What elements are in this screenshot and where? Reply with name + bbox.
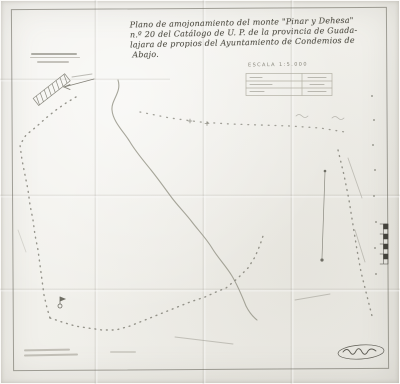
boundary-chain-top xyxy=(140,112,345,132)
map-linework xyxy=(0,0,400,384)
illegible-map-annotations xyxy=(18,158,365,344)
boundary-chain-bottom xyxy=(50,233,264,330)
marker-dots-right-margin xyxy=(371,95,377,275)
stream-line xyxy=(112,80,257,320)
boundary-chain-left xyxy=(20,97,76,318)
survey-visual-line xyxy=(320,170,326,262)
legend-illegible-text xyxy=(250,78,326,92)
survey-cross-marks xyxy=(188,115,344,126)
hatched-parcel xyxy=(33,74,70,106)
signature-stamp xyxy=(338,343,385,360)
graphic-scale-bar xyxy=(380,224,388,264)
mojon-marker xyxy=(58,297,65,308)
boundary-chain-right xyxy=(338,150,373,320)
scanned-map-page: Plano de amojonamiento del monte "Pinar … xyxy=(0,0,400,384)
